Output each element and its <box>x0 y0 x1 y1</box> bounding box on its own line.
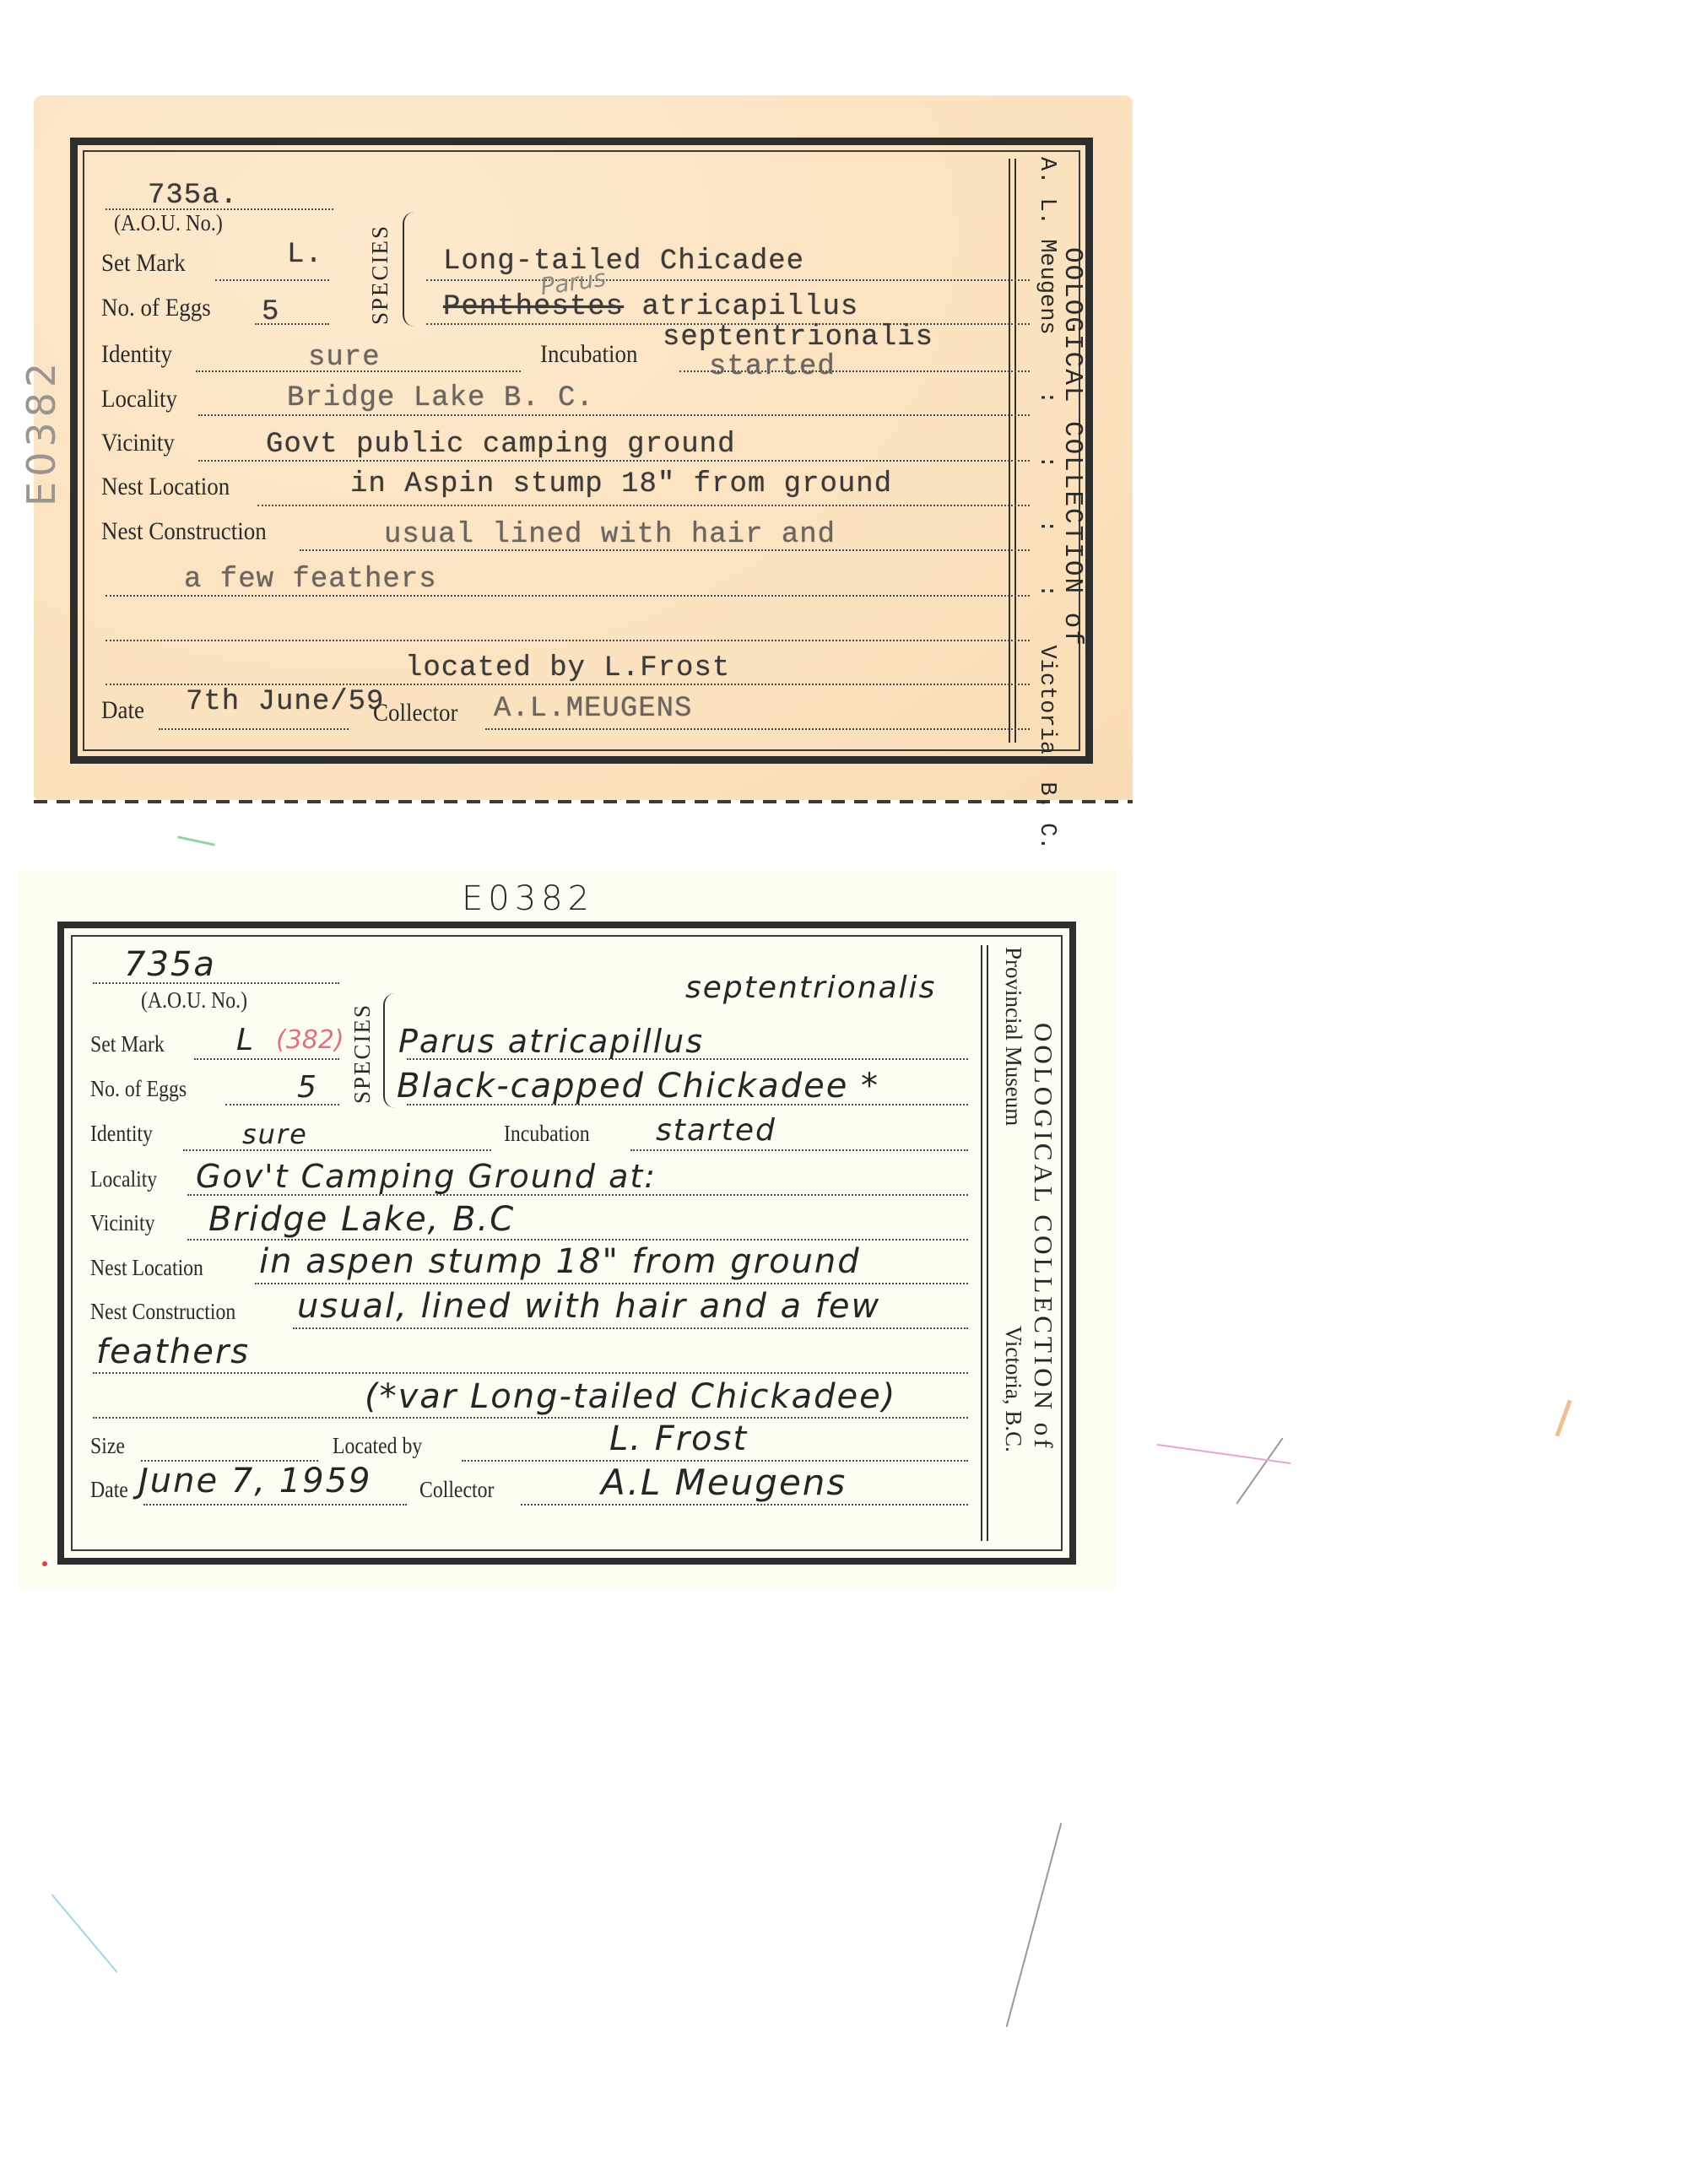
date-line <box>143 1504 407 1506</box>
date-line <box>159 728 349 730</box>
aou-number: 735a <box>124 945 216 984</box>
margin-catalog-note: E0382 <box>19 358 64 506</box>
date-value: June 7, 1959 <box>138 1462 372 1500</box>
collection-title: OOLOGICAL COLLECTION of <box>1028 1023 1058 1451</box>
vicinity-label: Vicinity <box>101 429 175 457</box>
collection-place: Victoria, B. C. <box>1034 645 1059 850</box>
collection-owner-line: A. L. Meugens : : : : Victoria, B. C. <box>1034 157 1059 748</box>
vicinity-value: Govt public camping ground <box>266 429 736 461</box>
species-brace <box>403 212 419 327</box>
locality-value: Bridge Lake B. C. <box>287 382 594 414</box>
incubation-label: Incubation <box>504 1121 590 1147</box>
scan-mark <box>1236 1438 1283 1505</box>
incubation-line <box>630 1149 968 1151</box>
nest-location-value: in Aspin stump 18" from ground <box>350 468 892 500</box>
locality-value: Gov't Camping Ground at: <box>196 1158 657 1195</box>
set-mark-line <box>215 279 329 281</box>
scan-mark <box>1555 1400 1572 1437</box>
identity-label: Identity <box>101 340 172 369</box>
set-mark-label: Set Mark <box>90 1031 165 1057</box>
side-divider <box>1009 159 1010 743</box>
identity-value: sure <box>242 1118 308 1150</box>
identity-label: Identity <box>90 1121 153 1147</box>
specimen-card-typed: OOLOGICAL COLLECTION of A. L. Meugens : … <box>34 95 1133 800</box>
nest-construction-value-1: usual lined with hair and <box>384 519 836 551</box>
collector-label: Collector <box>419 1477 494 1503</box>
note-line <box>93 1417 968 1419</box>
species-scientific: Penthestes atricapillus <box>443 291 858 323</box>
collector-label: Collector <box>373 699 457 727</box>
nest-construction-value-1: usual, lined with hair and a few <box>297 1287 880 1326</box>
collector-value: A.L Meugens <box>601 1462 847 1503</box>
scan-mark <box>51 1894 118 1972</box>
species-label: SPECIES <box>349 1003 376 1104</box>
nest-location-label: Nest Location <box>101 473 230 501</box>
species-common-name: Long-tailed Chicadee <box>443 246 804 278</box>
collection-owner: A. L. Meugens <box>1034 157 1059 335</box>
nest-construction-line-2 <box>93 1372 968 1374</box>
species-common-name: Black-capped Chickadee * <box>397 1067 879 1106</box>
nest-location-line <box>255 1283 968 1284</box>
vicinity-label: Vicinity <box>90 1210 154 1236</box>
date-label: Date <box>101 696 144 725</box>
collector-line <box>521 1504 968 1506</box>
set-mark-value: L <box>236 1023 255 1057</box>
nest-location-value: in aspen stump 18" from ground <box>259 1242 861 1281</box>
species-subspecies: septentrionalis <box>663 322 933 354</box>
nest-construction-value-2: feathers <box>96 1333 250 1371</box>
specimen-card-handwritten: E0382 OOLOGICAL COLLECTION of Provincial… <box>19 871 1116 1589</box>
incubation-label: Incubation <box>540 340 637 369</box>
red-dot-mark <box>42 1561 47 1566</box>
species-subspecies: septentrionalis <box>685 970 936 1005</box>
no-eggs-value: 5 <box>297 1070 318 1105</box>
collector-value: A.L.MEUGENS <box>494 693 692 725</box>
located-by-value: L. Frost <box>609 1419 748 1458</box>
collection-place: Victoria, B.C. <box>1001 1326 1026 1452</box>
aou-label: (A.O.U. No.) <box>141 987 247 1014</box>
side-divider <box>987 945 988 1541</box>
date-value: 7th June/59 <box>186 686 384 718</box>
collector-line <box>485 728 1030 730</box>
collection-owner-line: Provincial Museum Victoria, B.C. <box>1000 947 1026 1521</box>
nest-construction-value-2: a few feathers <box>184 564 437 596</box>
set-mark-value: L. <box>287 239 323 271</box>
no-eggs-value: 5 <box>262 296 279 328</box>
species-label: SPECIES <box>367 224 393 325</box>
collection-owner: Provincial Museum <box>1001 947 1026 1126</box>
aou-label: (A.O.U. No.) <box>114 210 223 236</box>
locality-line <box>198 414 1030 416</box>
collection-title: OOLOGICAL COLLECTION of <box>1058 247 1087 647</box>
nest-construction-line-1 <box>293 1327 968 1329</box>
vicinity-line <box>187 1239 968 1241</box>
set-mark-label: Set Mark <box>101 249 186 278</box>
nest-location-line <box>257 505 1030 506</box>
no-eggs-label: No. of Eggs <box>101 294 211 322</box>
blank-line <box>105 640 1030 641</box>
set-mark-line <box>194 1058 339 1060</box>
vicinity-value: Bridge Lake, B.C <box>208 1200 515 1239</box>
catalog-number: E0382 <box>462 879 594 918</box>
incubation-value: started <box>656 1113 776 1148</box>
locality-label: Locality <box>101 385 177 414</box>
genus-struck: Penthestes <box>443 291 624 323</box>
identity-value: sure <box>308 342 381 374</box>
aou-number: 735a. <box>148 180 238 212</box>
located-by-label: Located by <box>333 1433 422 1459</box>
nest-construction-label: Nest Construction <box>101 517 267 546</box>
variety-note: (*var Long-tailed Chickadee) <box>365 1377 896 1416</box>
located-by-value: located by L.Frost <box>405 652 730 684</box>
perforation-edge <box>34 800 1133 803</box>
incubation-value: started <box>709 351 836 383</box>
locality-label: Locality <box>90 1166 157 1192</box>
no-eggs-label: No. of Eggs <box>90 1076 187 1102</box>
date-label: Date <box>90 1477 128 1503</box>
nest-construction-label: Nest Construction <box>90 1299 235 1325</box>
scan-mark <box>1006 1823 1063 2027</box>
size-label: Size <box>90 1433 125 1459</box>
species-latin: atricapillus <box>641 291 858 323</box>
no-eggs-line <box>225 1104 339 1106</box>
nest-location-label: Nest Location <box>90 1255 203 1281</box>
scan-mark <box>177 835 215 846</box>
species-scientific: Parus atricapillus <box>398 1023 704 1060</box>
species-line-1 <box>426 279 1030 281</box>
separator-dots: : : : : <box>1034 391 1059 616</box>
side-divider <box>1014 159 1016 743</box>
side-divider <box>981 945 982 1541</box>
set-mark-reference: (382) <box>276 1025 344 1055</box>
identity-line <box>183 1149 491 1151</box>
